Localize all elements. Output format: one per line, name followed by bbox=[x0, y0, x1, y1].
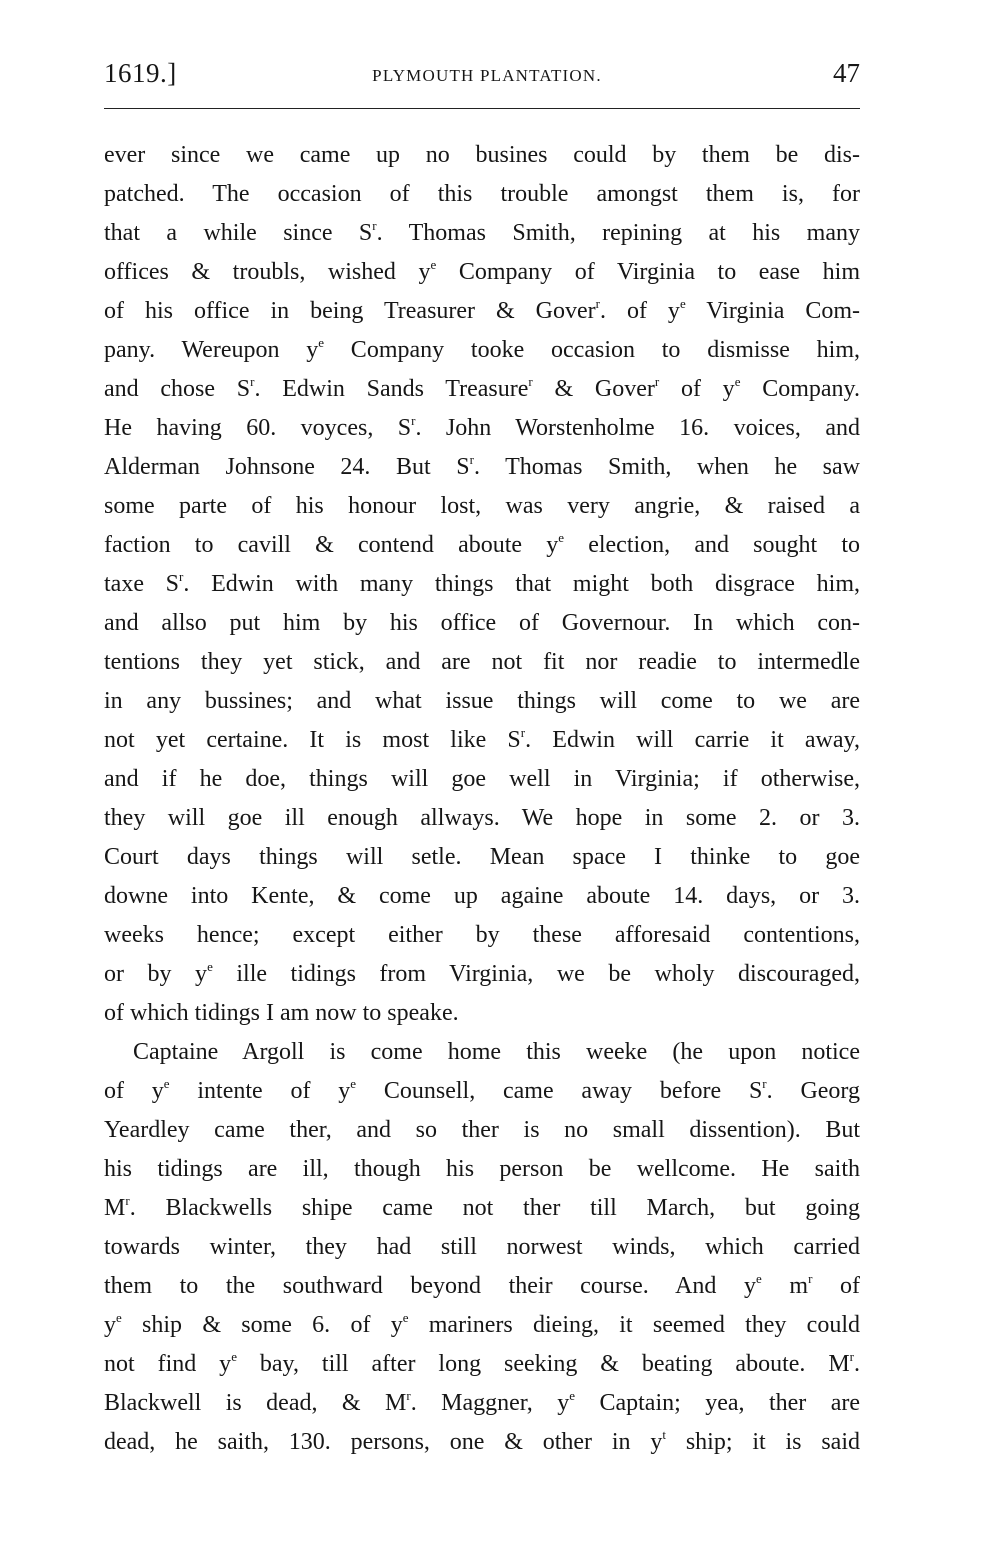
text-line: towards winter, they had still norwest w… bbox=[104, 1228, 860, 1267]
superscript: e bbox=[430, 257, 436, 272]
text-line: downe into Kente, & come up againe about… bbox=[104, 877, 860, 916]
text-line: dead, he saith, 130. persons, one & othe… bbox=[104, 1423, 860, 1462]
page-number: 47 bbox=[833, 58, 860, 89]
text-line: his tidings are ill, though his person b… bbox=[104, 1150, 860, 1189]
text-line: and chose Sr. Edwin Sands Treasurer & Go… bbox=[104, 370, 860, 409]
text-line: weeks hence; except either by these affo… bbox=[104, 916, 860, 955]
running-header: 1619.] PLYMOUTH PLANTATION. 47 bbox=[104, 58, 860, 92]
superscript: r bbox=[521, 725, 525, 740]
text-line: or by ye ille tidings from Virginia, we … bbox=[104, 955, 860, 994]
header-title: PLYMOUTH PLANTATION. bbox=[104, 66, 860, 86]
superscript: r bbox=[125, 1193, 129, 1208]
superscript: e bbox=[680, 296, 686, 311]
superscript: e bbox=[207, 959, 213, 974]
superscript: r bbox=[372, 218, 376, 233]
body-text: ever since we came up no busines could b… bbox=[104, 136, 860, 1462]
text-line: and allso put him by his office of Gover… bbox=[104, 604, 860, 643]
text-line: tentions they yet stick, and are not fit… bbox=[104, 643, 860, 682]
superscript: e bbox=[569, 1388, 575, 1403]
superscript: e bbox=[756, 1271, 762, 1286]
text-line: ever since we came up no busines could b… bbox=[104, 136, 860, 175]
text-line: Captaine Argoll is come home this weeke … bbox=[104, 1033, 860, 1072]
text-line: in any bussines; and what issue things w… bbox=[104, 682, 860, 721]
superscript: r bbox=[596, 296, 600, 311]
text-line: offices & troubls, wished ye Company of … bbox=[104, 253, 860, 292]
superscript: e bbox=[558, 530, 564, 545]
text-line: He having 60. voyces, Sr. John Worstenho… bbox=[104, 409, 860, 448]
superscript: r bbox=[655, 374, 659, 389]
superscript: e bbox=[403, 1310, 409, 1325]
superscript: e bbox=[231, 1349, 237, 1364]
superscript: r bbox=[250, 374, 254, 389]
superscript: e bbox=[318, 335, 324, 350]
text-line: and if he doe, things will goe well in V… bbox=[104, 760, 860, 799]
superscript: r bbox=[528, 374, 532, 389]
text-line: of which tidings I am now to speake. bbox=[104, 994, 860, 1033]
text-line: patched. The occasion of this trouble am… bbox=[104, 175, 860, 214]
text-line: of his office in being Treasurer & Gover… bbox=[104, 292, 860, 331]
superscript: r bbox=[406, 1388, 410, 1403]
superscript: r bbox=[411, 413, 415, 428]
text-line: some parte of his honour lost, was very … bbox=[104, 487, 860, 526]
text-line: ye ship & some 6. of ye mariners dieing,… bbox=[104, 1306, 860, 1345]
text-line: Alderman Johnsone 24. But Sr. Thomas Smi… bbox=[104, 448, 860, 487]
text-line: taxe Sr. Edwin with many things that mig… bbox=[104, 565, 860, 604]
superscript: r bbox=[850, 1349, 854, 1364]
superscript: r bbox=[808, 1271, 812, 1286]
superscript: r bbox=[762, 1076, 766, 1091]
superscript: e bbox=[350, 1076, 356, 1091]
text-line: pany. Wereupon ye Company tooke occasion… bbox=[104, 331, 860, 370]
text-line: Court days things will setle. Mean space… bbox=[104, 838, 860, 877]
superscript: t bbox=[662, 1427, 666, 1442]
text-line: faction to cavill & contend aboute ye el… bbox=[104, 526, 860, 565]
book-page: 1619.] PLYMOUTH PLANTATION. 47 ever sinc… bbox=[0, 0, 1000, 1556]
text-line: them to the southward beyond their cours… bbox=[104, 1267, 860, 1306]
superscript: e bbox=[164, 1076, 170, 1091]
superscript: e bbox=[116, 1310, 122, 1325]
superscript: r bbox=[470, 452, 474, 467]
text-line: Blackwell is dead, & Mr. Maggner, ye Cap… bbox=[104, 1384, 860, 1423]
text-line: they will goe ill enough allways. We hop… bbox=[104, 799, 860, 838]
text-line: not find ye bay, till after long seeking… bbox=[104, 1345, 860, 1384]
header-rule bbox=[104, 108, 860, 109]
text-line: of ye intente of ye Counsell, came away … bbox=[104, 1072, 860, 1111]
text-line: not yet certaine. It is most like Sr. Ed… bbox=[104, 721, 860, 760]
superscript: e bbox=[735, 374, 741, 389]
superscript: r bbox=[179, 569, 183, 584]
text-line: Mr. Blackwells shipe came not ther till … bbox=[104, 1189, 860, 1228]
text-line: Yeardley came ther, and so ther is no sm… bbox=[104, 1111, 860, 1150]
text-line: that a while since Sr. Thomas Smith, rep… bbox=[104, 214, 860, 253]
